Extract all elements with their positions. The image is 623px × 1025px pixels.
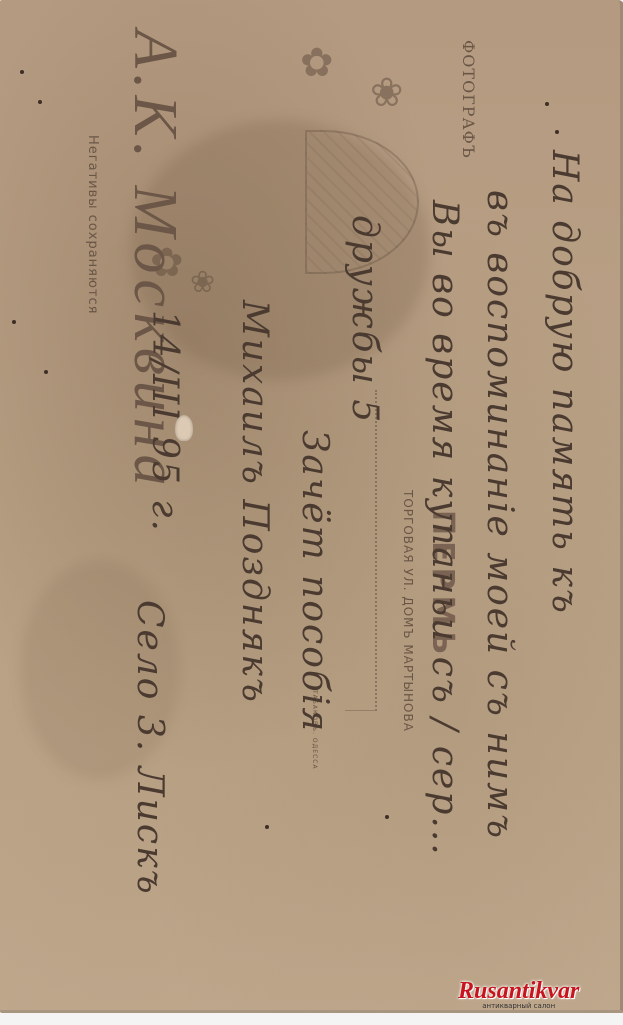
ink-spot: [265, 825, 269, 829]
inscription-line: въ воспоминаніе моей съ нимъ: [479, 190, 520, 840]
ink-spot: [12, 320, 16, 324]
photographer-label: ФОТОГРАФЪ: [459, 40, 478, 159]
ink-spot: [44, 370, 48, 374]
inscription-line: Зачёт пособія: [294, 430, 335, 733]
inscription-line: На добрую память къ: [544, 150, 585, 615]
ink-spot: [545, 102, 549, 106]
ink-spot: [20, 70, 24, 74]
studio-address: ТОРГОВАЯ УЛ. ДОМЪ МАРТЫНОВА: [401, 490, 415, 732]
torn-hole: [175, 415, 193, 441]
watermark: Rusantikvar антикварный салон: [458, 978, 579, 1010]
flower-icon: ✿: [300, 40, 334, 86]
flower-icon: ❀: [370, 70, 404, 116]
ink-spot: [385, 815, 389, 819]
ink-spot: [38, 100, 42, 104]
flower-icon: ❀: [190, 265, 215, 300]
inscription-line: Село 3. Лискъ: [129, 600, 170, 896]
decorative-frame: [345, 390, 377, 711]
ink-spot: [555, 130, 559, 134]
photo-card-reverse: ✿ ❀ ✿ ❀ ФОТОГРАФЪ А.К. Москвина Негативы…: [0, 0, 623, 1013]
watermark-name: Rusantikvar: [458, 978, 579, 1005]
inscription-line: Михаилъ Позднякъ: [234, 300, 275, 704]
inscription-line: Вы во время купаньи съ / сер...: [424, 200, 465, 857]
negatives-note: Негативы сохраняются: [85, 135, 100, 314]
inscription-line: дружбы 5: [344, 215, 385, 424]
